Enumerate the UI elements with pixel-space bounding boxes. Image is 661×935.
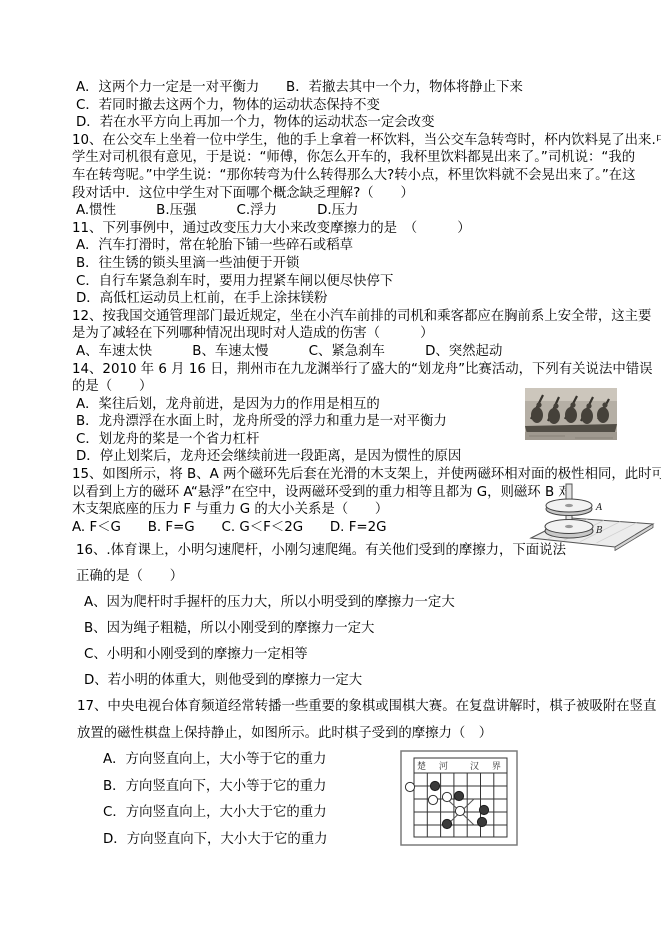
q11-option-a: A．汽车打滑时，常在轮胎下铺一些碎石或稻草 (72, 237, 632, 255)
q16-option-c: C、小明和小刚受到的摩擦力一定相等 (76, 642, 636, 668)
q10-stem-line3: 车在转弯呢。”中学生说：“那你转弯为什么转得那么大?转小点，杯里饮料就不会晃出来… (72, 167, 632, 185)
q09-options-ab: A．这两个力一定是一对平衡力 B．若撤去其中一个力，物体将静止下来 (72, 79, 632, 97)
xiangqi-board-figure: 楚 河 汉 界 (400, 750, 518, 846)
q10-stem-line1: 10、在公交车上坐着一位中学生，他的手上拿着一杯饮料，当公交车急转弯时，杯内饮料… (72, 132, 632, 150)
chess-piece (479, 805, 488, 814)
q17-stem-line1: 17、中央电视台体育频道经常转播一些重要的象棋或围棋大赛。在复盘讲解时，棋子被吸… (77, 694, 637, 721)
q11-option-c: C．自行车紧急刹车时，要用力捏紧车闸以便尽快停下 (72, 273, 632, 291)
q12-stem-line2: 是为了减轻在下列哪种情况出现时对人造成的伤害（ ） (72, 325, 632, 343)
chess-piece (430, 781, 439, 790)
chess-piece (477, 817, 486, 826)
q09-option-d: D．若在水平方向上再加一个力，物体的运动状态一定会改变 (72, 114, 632, 132)
magnet-ring-a (546, 499, 592, 516)
ring-b-label: B (595, 526, 603, 536)
q14-option-d: D．停止划桨后，龙舟还会继续前进一段距离，是因为惯性的原因 (72, 448, 632, 466)
river-text-right: 汉 界 (470, 761, 506, 772)
q17-option-d: D．方向竖直向下，大小大于它的重力 (77, 827, 637, 854)
q17-option-c: C．方向竖直向上，大小大于它的重力 (77, 800, 637, 827)
photo-sky (525, 388, 617, 401)
q16-option-b: B、因为绳子粗糙，所以小刚受到的摩擦力一定大 (76, 616, 636, 642)
q16-option-d: D、若小明的体重大，则他受到的摩擦力一定大 (76, 668, 636, 694)
questions-block-upper: A．这两个力一定是一对平衡力 B．若撤去其中一个力，物体将静止下来 C．若同时撤… (72, 79, 632, 536)
q11-stem: 11、下列事例中，通过改变压力大小来改变摩擦力的是 （ ） (72, 220, 632, 238)
q11-option-b: B．往生锈的锁头里滴一些油便于开锁 (72, 255, 632, 273)
q11-option-d: D．高低杠运动员上杠前，在手上涂抹镁粉 (72, 290, 632, 308)
chess-piece (405, 782, 414, 791)
q10-options: A.惯性 B.压强 C.浮力 D.压力 (72, 202, 632, 220)
magnet-rings-figure: A B (527, 481, 657, 551)
question-17-block: 17、中央电视台体育频道经常转播一些重要的象棋或围棋大赛。在复盘讲解时，棋子被吸… (77, 694, 637, 853)
magnet-ring-b (545, 520, 593, 539)
q14-stem-line1: 14、2010 年 6 月 16 日，荆州市在九龙渊举行了盛大的“划龙舟”比赛活… (72, 361, 632, 379)
q12-stem-line1: 12、按我国交通管理部门最近规定，坐在小汽车前排的司机和乘客都应在胸前系上安全带… (72, 308, 632, 326)
river-text-left: 楚 河 (417, 760, 453, 772)
q10-stem-line4: 段对话中．这位中学生对下面哪个概念缺乏理解?（ ） (72, 185, 632, 203)
chess-piece (442, 819, 451, 828)
q10-stem-line2: 学生对司机很有意见，于是说：“师傅，你怎么开车的，我杯里饮料都晃出来了。”司机说… (72, 149, 632, 167)
q17-stem-line2: 放置的磁性棋盘上保持静止，如图所示。此时棋子受到的摩擦力（ ） (77, 721, 637, 748)
q17-option-b: B．方向竖直向下，大小等于它的重力 (77, 774, 637, 801)
q17-option-a: A．方向竖直向上，大小等于它的重力 (77, 747, 637, 774)
ring-a-label: A (595, 503, 603, 513)
question-16-block: 16、.体育课上，小明匀速爬杆，小刚匀速爬绳。有关他们受到的摩擦力，下面说法 正… (76, 538, 636, 694)
chess-piece (454, 791, 463, 800)
exam-document-page: A．这两个力一定是一对平衡力 B．若撤去其中一个力，物体将静止下来 C．若同时撤… (0, 0, 661, 935)
chess-piece (442, 792, 451, 801)
q09-option-c: C．若同时撤去这两个力，物体的运动状态保持不变 (72, 97, 632, 115)
q16-stem-line2: 正确的是（ ） (76, 564, 636, 590)
chess-piece (428, 795, 437, 804)
q16-option-a: A、因为爬杆时手握杆的压力大，所以小明受到的摩擦力一定大 (76, 590, 636, 616)
q12-options: A、车速太快 B、车速太慢 C、紧急刹车 D、突然起动 (72, 343, 632, 361)
chess-piece (455, 806, 464, 815)
dragon-boat-photo (525, 388, 617, 440)
